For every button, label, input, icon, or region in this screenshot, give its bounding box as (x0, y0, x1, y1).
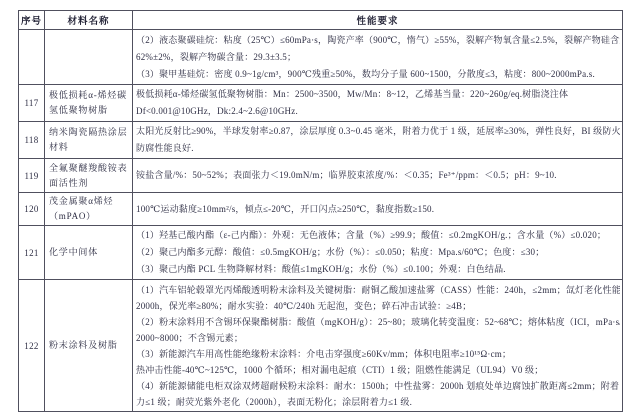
requirement-line: 铵盐含量/%：50~52%；表面张力＜19.0mN/m；临界胶束浓度/%：＜0.… (136, 167, 620, 184)
requirements-cell: 100℃运动黏度≥10mm²/s，倾点≤-20℃，开口闪点≥250℃，黏度指数≥… (133, 193, 623, 226)
requirements-cell: （1）羟基己酸内酯（ε-己内酯）：外观：无色液体；含量（%）≥99.9；酸值：≤… (133, 226, 623, 280)
requirement-line: （3）新能源汽车用高性能绝缘粉末涂料：介电击穿强度≥60Kv/mm；体积电阻率≥… (136, 346, 620, 362)
material-name-cell: 纳米陶瓷隔热涂层材料 (45, 122, 133, 159)
requirements-cell: （2）液态聚碳硅烷：粘度（25℃）≤60mPa·s，陶瓷产率（900℃，惰气）≥… (133, 30, 623, 85)
requirement-line: （3）聚甲基硅烷：密度 0.9~1g/cm³，900℃残重≥50%，数均分子量 … (136, 66, 620, 83)
requirement-line: （1）羟基己酸内酯（ε-己内酯）：外观：无色液体；含量（%）≥99.9；酸值：≤… (136, 227, 620, 244)
serial-cell: 120 (19, 193, 45, 226)
col-header-performance-req: 性能要求 (133, 11, 623, 30)
material-name-cell: 化学中间体 (45, 226, 133, 280)
serial-cell: 121 (19, 226, 45, 280)
document-page: 序号 材料名称 性能要求 （2）液态聚碳硅烷：粘度（25℃）≤60mPa·s，陶… (0, 0, 640, 417)
col-header-serial-no: 序号 (19, 11, 45, 30)
requirements-cell: （1）汽车铝轮毂罩光丙烯酸透明粉末涂料及关键树脂：耐铜乙酸加速盐雾（CASS）性… (133, 280, 623, 412)
requirement-line: （2）液态聚碳硅烷：粘度（25℃）≤60mPa·s，陶瓷产率（900℃，惰气）≥… (136, 32, 620, 49)
requirements-cell: 太阳光反射比≥90%，半球发射率≥0.87，涂层厚度 0.3~0.45 毫米，附… (133, 122, 623, 159)
requirement-line: Df<0.001@10GHz，Dk:2.4~2.6@10GHz. (136, 103, 620, 120)
material-name-cell (45, 30, 133, 85)
requirement-line: 62%±2%，裂解产物碳含量：29.3±3.5； (136, 49, 620, 66)
table-row-118: 118 纳米陶瓷隔热涂层材料 太阳光反射比≥90%，半球发射率≥0.87，涂层厚… (19, 122, 623, 159)
table-row-122: 122 粉末涂料及树脂 （1）汽车铝轮毂罩光丙烯酸透明粉末涂料及关键树脂：耐铜乙… (19, 280, 623, 412)
requirement-line: 太阳光反射比≥90%，半球发射率≥0.87，涂层厚度 0.3~0.45 毫米，附… (136, 123, 620, 140)
materials-spec-table: 序号 材料名称 性能要求 （2）液态聚碳硅烷：粘度（25℃）≤60mPa·s，陶… (18, 10, 623, 412)
requirement-line: 2000~8000；不含锡元素； (136, 330, 620, 346)
requirement-line: 防腐性能良好. (136, 140, 620, 157)
serial-cell: 117 (19, 85, 45, 122)
material-name-cell: 极低损耗α-烯烃碳氢低聚物树脂 (45, 85, 133, 122)
requirement-line: （3）聚己内酯 PCL 生物降解材料：酸值≤1mgKOH/g；水份（%）≤0.1… (136, 261, 620, 278)
table-row-117: 117 极低损耗α-烯烃碳氢低聚物树脂 极低损耗α-烯烃碳氢低聚物树脂：Mn：2… (19, 85, 623, 122)
table-row-120: 120 茂金属聚α烯烃（mPAO） 100℃运动黏度≥10mm²/s，倾点≤-2… (19, 193, 623, 226)
requirement-line: 热冲击性能-40℃~125℃，1000 个循环；相对漏电起痕（CTI）1 级；阻… (136, 362, 620, 378)
requirement-line: （4）新能源储能电柜双涂双烤超耐候粉末涂料：耐水：1500h；中性盐雾：2000… (136, 378, 620, 394)
requirement-line: 力≤1 级；耐荧光紫外老化（2000h），表面无粉化；涂层附着力≤1 级. (136, 394, 620, 410)
serial-cell: 118 (19, 122, 45, 159)
table-row-continuation: （2）液态聚碳硅烷：粘度（25℃）≤60mPa·s，陶瓷产率（900℃，惰气）≥… (19, 30, 623, 85)
requirement-line: 2000h，保光率≥80%；耐水实验：40℃/240h 无起泡，变色；碎石冲击试… (136, 298, 620, 314)
table-row-119: 119 全氟聚醚羧酸铵表面活性剂 铵盐含量/%：50~52%；表面张力＜19.0… (19, 159, 623, 193)
requirement-line: （2）粉末涂料用不含锡环保聚酯树脂：酸值（mgKOH/g）：25~80；玻璃化转… (136, 314, 620, 330)
requirement-line: 100℃运动黏度≥10mm²/s，倾点≤-20℃，开口闪点≥250℃，黏度指数≥… (136, 201, 620, 218)
requirement-line: 极低损耗α-烯烃碳氢低聚物树脂：Mn：2500~3500，Mw/Mn：8~12，… (136, 86, 620, 103)
requirement-line: （1）汽车铝轮毂罩光丙烯酸透明粉末涂料及关键树脂：耐铜乙酸加速盐雾（CASS）性… (136, 282, 620, 298)
requirement-line: （2）聚己内酯多元醇：酸值：≤0.5mgKOH/g；水份（%）：≤0.050；粘… (136, 244, 620, 261)
material-name-cell: 全氟聚醚羧酸铵表面活性剂 (45, 159, 133, 193)
serial-cell: 122 (19, 280, 45, 412)
requirements-cell: 极低损耗α-烯烃碳氢低聚物树脂：Mn：2500~3500，Mw/Mn：8~12，… (133, 85, 623, 122)
table-row-121: 121 化学中间体 （1）羟基己酸内酯（ε-己内酯）：外观：无色液体；含量（%）… (19, 226, 623, 280)
requirements-cell: 铵盐含量/%：50~52%；表面张力＜19.0mN/m；临界胶束浓度/%：＜0.… (133, 159, 623, 193)
serial-cell (19, 30, 45, 85)
serial-cell: 119 (19, 159, 45, 193)
material-name-cell: 粉末涂料及树脂 (45, 280, 133, 412)
header-row: 序号 材料名称 性能要求 (19, 11, 623, 30)
col-header-material-name: 材料名称 (45, 11, 133, 30)
material-name-cell: 茂金属聚α烯烃（mPAO） (45, 193, 133, 226)
